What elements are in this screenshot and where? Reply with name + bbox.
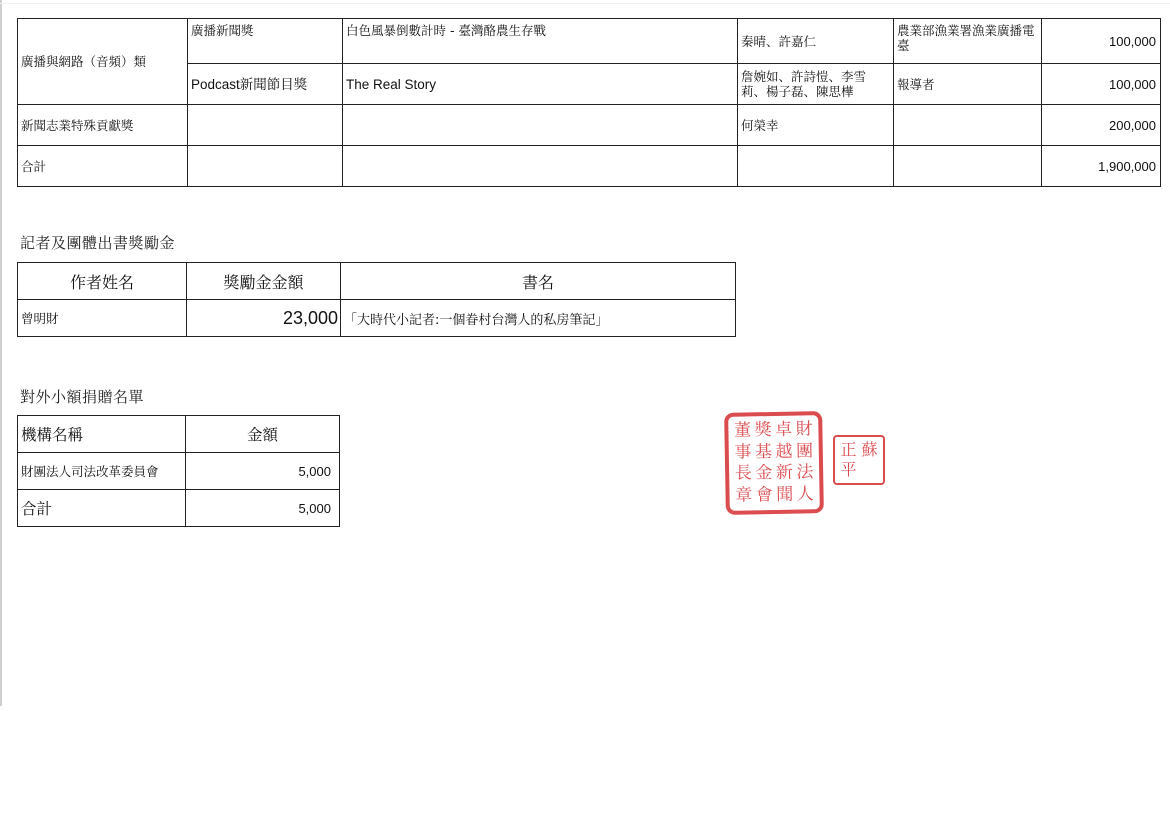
amount-cell: 100,000 — [1042, 19, 1161, 64]
organization-cell — [894, 146, 1042, 187]
table-row: 廣播與網路（音頻）類 廣播新聞獎 白色風暴倒數計時 - 臺灣酪農生存戰 秦晴、許… — [18, 19, 1161, 64]
amount-cell: 23,000 — [187, 300, 341, 337]
organization-cell: 報導者 — [894, 64, 1042, 105]
page-edge — [0, 0, 2, 706]
winners-cell — [738, 146, 894, 187]
header-amount: 金額 — [186, 416, 340, 453]
seal-character: 會 — [754, 484, 775, 506]
winners-cell: 何榮幸 — [738, 105, 894, 146]
header-author: 作者姓名 — [18, 263, 187, 300]
seal-character — [859, 460, 880, 480]
seal-character: 長 — [733, 463, 754, 485]
organization-cell: 財團法人司法改革委員會 — [18, 453, 186, 490]
table-row: 財團法人司法改革委員會 5,000 — [18, 453, 340, 490]
chairman-seal-stamp: 蘇正平 — [833, 435, 885, 485]
work-cell — [343, 105, 738, 146]
category-cell: 廣播與網路（音頻）類 — [18, 19, 188, 105]
total-label: 合計 — [18, 490, 186, 527]
seal-character: 財 — [794, 419, 815, 441]
table-header: 機構名稱 金額 — [18, 416, 340, 453]
seal-character: 事 — [733, 442, 754, 464]
amount-cell: 200,000 — [1042, 105, 1161, 146]
seal-character: 卓 — [773, 420, 794, 442]
seal-character: 正 — [838, 440, 859, 460]
seal-character: 金 — [754, 463, 775, 485]
table-row-total: 合計 1,900,000 — [18, 146, 1161, 187]
work-cell: 白色風暴倒數計時 - 臺灣酪農生存戰 — [343, 19, 738, 64]
amount-cell: 100,000 — [1042, 64, 1161, 105]
seal-character: 平 — [838, 460, 859, 480]
book-awards-title: 記者及團體出書獎勵金 — [20, 232, 175, 253]
donations-table: 機構名稱 金額 財團法人司法改革委員會 5,000 合計 5,000 — [17, 415, 340, 527]
winners-cell: 詹婉如、許詩愷、李雪莉、楊子磊、陳思樺 — [738, 64, 894, 105]
total-amount: 1,900,000 — [1042, 146, 1161, 187]
header-book: 書名 — [341, 263, 736, 300]
category-cell: 新聞志業特殊貢獻獎 — [18, 105, 188, 146]
seal-character: 蘇 — [859, 440, 880, 460]
total-amount: 5,000 — [186, 490, 340, 527]
seal-character: 聞 — [774, 484, 795, 506]
donations-title: 對外小額捐贈名單 — [20, 386, 144, 407]
amount-cell: 5,000 — [186, 453, 340, 490]
seal-character: 團 — [794, 441, 815, 463]
organization-cell: 農業部漁業署漁業廣播電臺 — [894, 19, 1042, 64]
awards-table: 廣播與網路（音頻）類 廣播新聞獎 白色風暴倒數計時 - 臺灣酪農生存戰 秦晴、許… — [17, 18, 1161, 187]
work-cell — [343, 146, 738, 187]
table-row-total: 合計 5,000 — [18, 490, 340, 527]
table-row: 新聞志業特殊貢獻獎 何榮幸 200,000 — [18, 105, 1161, 146]
award-cell: Podcast新聞節目獎 — [188, 64, 343, 105]
author-cell: 曾明財 — [18, 300, 187, 337]
table-row: 曾明財 23,000 「大時代小記者:一個眷村台灣人的私房筆記」 — [18, 300, 736, 337]
book-cell: 「大時代小記者:一個眷村台灣人的私房筆記」 — [341, 300, 736, 337]
page-edge-top — [0, 3, 1170, 4]
header-organization: 機構名稱 — [18, 416, 186, 453]
book-awards-table: 作者姓名 獎勵金金額 書名 曾明財 23,000 「大時代小記者:一個眷村台灣人… — [17, 262, 736, 337]
header-amount: 獎勵金金額 — [187, 263, 341, 300]
work-cell: The Real Story — [343, 64, 738, 105]
seal-character: 法 — [794, 462, 815, 484]
table-header: 作者姓名 獎勵金金額 書名 — [18, 263, 736, 300]
award-cell — [188, 105, 343, 146]
organization-cell — [894, 105, 1042, 146]
seal-character: 新 — [774, 463, 795, 485]
winners-cell: 秦晴、許嘉仁 — [738, 19, 894, 64]
seal-character: 基 — [753, 442, 774, 464]
seal-character: 董 — [732, 420, 753, 442]
total-label: 合計 — [18, 146, 188, 187]
award-cell — [188, 146, 343, 187]
seal-character: 人 — [795, 484, 816, 506]
seal-character: 越 — [774, 441, 795, 463]
seal-character: 獎 — [753, 420, 774, 442]
organization-seal-stamp: 財團法人卓越新聞獎基金會董事長章 — [724, 411, 824, 515]
table-row: Podcast新聞節目獎 The Real Story 詹婉如、許詩愷、李雪莉、… — [18, 64, 1161, 105]
award-cell: 廣播新聞獎 — [188, 19, 343, 64]
seal-character: 章 — [733, 485, 754, 507]
